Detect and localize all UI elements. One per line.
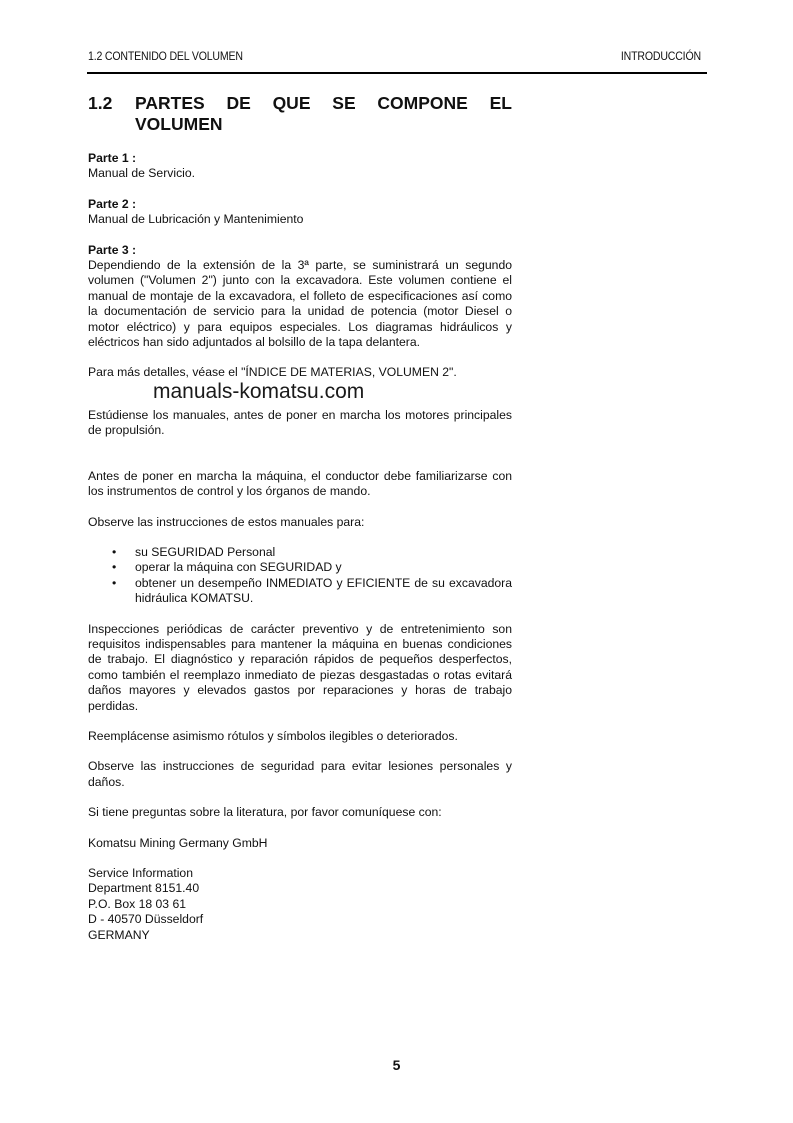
address-line: P.O. Box 18 03 61 — [88, 897, 512, 912]
bullet-text: su SEGURIDAD Personal — [135, 545, 275, 559]
contact-address: Service Information Department 8151.40 P… — [88, 866, 512, 943]
bullet-item: • obtener un desempeño INMEDIATO y EFICI… — [88, 576, 512, 607]
section-heading: 1.2 PARTES DE QUE SE COMPONE EL VOLUMEN — [88, 93, 512, 135]
running-header-section: 1.2 CONTENIDO DEL VOLUMEN — [88, 49, 243, 63]
part-1-label: Parte 1 : — [88, 151, 512, 166]
address-line: D - 40570 Düsseldorf — [88, 912, 512, 927]
bullet-item: • su SEGURIDAD Personal — [88, 545, 512, 560]
details-paragraph: Para más detalles, véase el "ÍNDICE DE M… — [88, 365, 512, 380]
spacer — [88, 454, 512, 469]
page-number: 5 — [0, 1057, 793, 1073]
observe-intro-paragraph: Observe las instrucciones de estos manua… — [88, 515, 512, 530]
section-number: 1.2 — [88, 93, 135, 135]
part-2: Parte 2 : Manual de Lubricación y Manten… — [88, 197, 512, 228]
running-header-chapter: INTRODUCCIÓN — [621, 49, 701, 63]
header-divider — [87, 72, 707, 74]
study-paragraph: Estúdiense los manuales, antes de poner … — [88, 408, 512, 439]
address-line: Service Information — [88, 866, 512, 881]
bullet-text: obtener un desempeño INMEDIATO y EFICIEN… — [135, 576, 512, 605]
replace-paragraph: Reemplácense asimismo rótulos y símbolos… — [88, 729, 512, 744]
section-title-line-1: PARTES DE QUE SE COMPONE EL — [135, 93, 512, 114]
bullet-icon: • — [112, 560, 116, 575]
part-3-label: Parte 3 : — [88, 243, 512, 258]
before-start-paragraph: Antes de poner en marcha la máquina, el … — [88, 469, 512, 500]
inspections-paragraph: Inspecciones periódicas de carácter prev… — [88, 622, 512, 714]
bullet-icon: • — [112, 545, 116, 560]
part-2-label: Parte 2 : — [88, 197, 512, 212]
address-line: Department 8151.40 — [88, 881, 512, 896]
address-line: GERMANY — [88, 928, 512, 943]
bullet-icon: • — [112, 576, 116, 591]
section-title: PARTES DE QUE SE COMPONE EL VOLUMEN — [135, 93, 512, 135]
part-1: Parte 1 : Manual de Servicio. — [88, 151, 512, 182]
part-1-text: Manual de Servicio. — [88, 166, 195, 180]
bullet-text: operar la máquina con SEGURIDAD y — [135, 560, 342, 574]
company-name: Komatsu Mining Germany GmbH — [88, 836, 512, 851]
watermark-text: manuals-komatsu.com — [153, 380, 512, 404]
part-3-text: Dependiendo de la extensión de la 3ª par… — [88, 258, 512, 349]
questions-paragraph: Si tiene preguntas sobre la literatura, … — [88, 805, 512, 820]
safety-paragraph: Observe las instrucciones de seguridad p… — [88, 759, 512, 790]
page-content: 1.2 PARTES DE QUE SE COMPONE EL VOLUMEN … — [88, 93, 512, 943]
part-3: Parte 3 : Dependiendo de la extensión de… — [88, 243, 512, 351]
part-2-text: Manual de Lubricación y Mantenimiento — [88, 212, 303, 226]
bullet-item: • operar la máquina con SEGURIDAD y — [88, 560, 512, 575]
bullet-list: • su SEGURIDAD Personal • operar la máqu… — [88, 545, 512, 607]
section-title-line-2: VOLUMEN — [135, 114, 223, 134]
